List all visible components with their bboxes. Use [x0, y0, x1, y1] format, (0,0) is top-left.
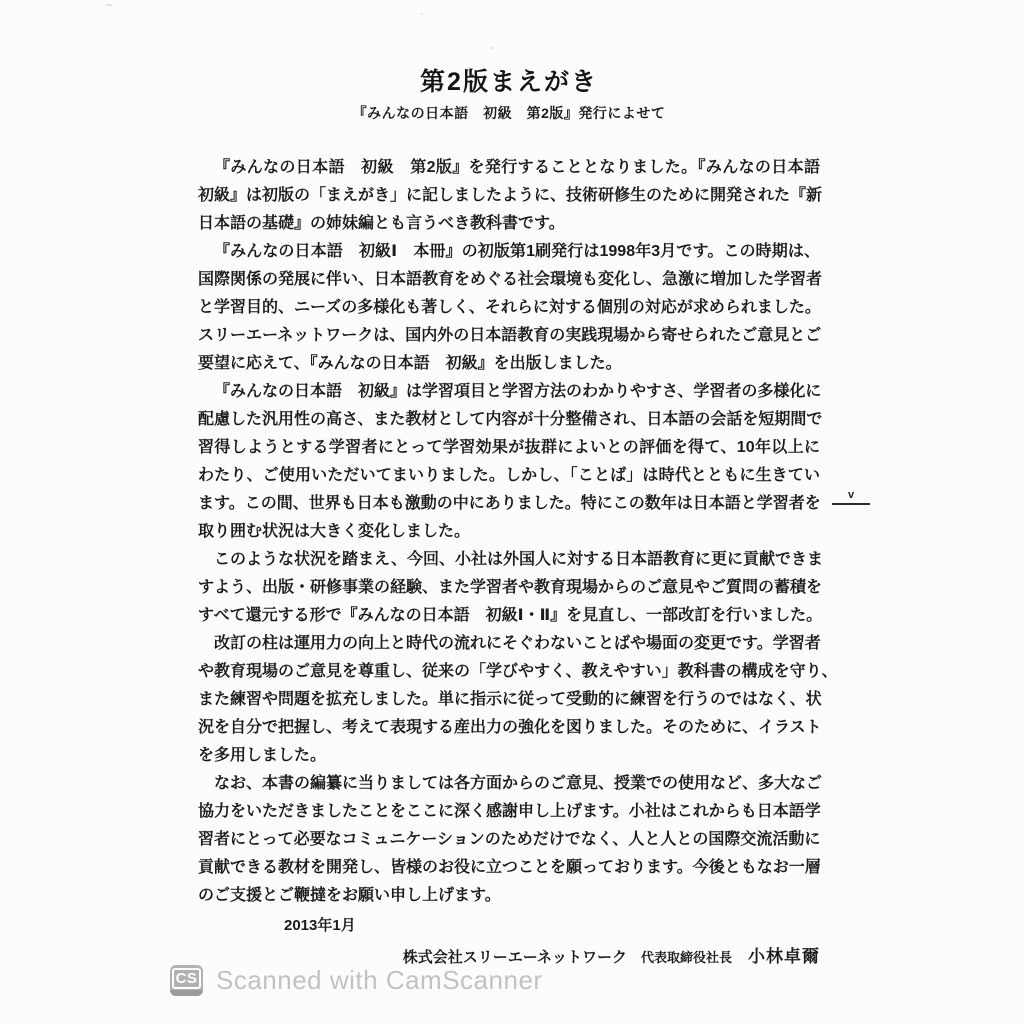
text-line: 協力をいただきましたことをここに深く感謝申し上げます。小社はこれからも日本語学 — [198, 798, 820, 826]
text-line: 日本語の基礎』の姉妹編とも言うべき教科書です。 — [198, 210, 820, 238]
text-line: ます。この間、世界も日本も激動の中にありました。特にこの数年は日本語と学習者を — [198, 490, 820, 518]
text-line: 国際関係の発展に伴い、日本語教育をめぐる社会環境も変化し、急激に増加した学習者 — [198, 266, 820, 294]
text-line: なお、本書の編纂に当りましては各方面からのご意見、授業での使用など、多大なご — [198, 770, 820, 798]
text-line: すべて還元する形で『みんなの日本語 初級Ⅰ・Ⅱ』を見直し、一部改訂を行いました。 — [198, 602, 820, 630]
text-line: を多用しました。 — [198, 742, 820, 770]
scan-artifact — [490, 47, 494, 49]
cs-badge-letters: CS — [172, 968, 202, 989]
page-subtitle: 『みんなの日本語 初級 第2版』発行によせて — [198, 103, 820, 123]
text-line: 習得しようとする学習者にとって学習効果が抜群によいとの評価を得て、10年以上に — [198, 434, 820, 462]
text-line: わたり、ご使用いただいてまいりました。しかし、「ことば」は時代とともに生きてい — [198, 462, 820, 490]
camscanner-icon: CS — [170, 965, 203, 996]
page-title: 第2版まえがき — [198, 68, 820, 97]
camscanner-watermark: CS Scanned with CamScanner — [170, 965, 543, 996]
preface-body: 『みんなの日本語 初級 第2版』を発行することとなりました。『みんなの日本語 初… — [198, 154, 820, 910]
watermark-text: Scanned with CamScanner — [216, 965, 543, 996]
text-line: や教育現場のご意見を尊重し、従来の「学びやすく、教えやすい」教科書の構成を守り、 — [198, 658, 820, 686]
scanned-document-page: 第2版まえがき 『みんなの日本語 初級 第2版』発行によせて 『みんなの日本語 … — [0, 0, 1024, 1024]
text-line: 改訂の柱は運用力の向上と時代の流れにそぐわないことばや場面の変更です。学習者 — [198, 630, 820, 658]
date-line: 2013年1月 — [284, 914, 356, 935]
text-line: すよう、出版・研修事業の経験、また学習者や教育現場からのご意見やご質問の蓄積を — [198, 574, 820, 602]
text-line: 『みんなの日本語 初級』は学習項目と学習方法のわかりやすさ、学習者の多様化に — [198, 378, 820, 406]
text-line: このような状況を踏まえ、今回、小社は外国人に対する日本語教育に更に貢献できま — [198, 546, 820, 574]
text-line: スリーエーネットワークは、国内外の日本語教育の実践現場から寄せられたご意見とご — [198, 322, 820, 350]
text-line: のご支援とご鞭撻をお願い申し上げます。 — [198, 882, 820, 910]
text-line: 『みんなの日本語 初級Ⅰ 本冊』の初版第1刷発行は1998年3月です。この時期は… — [198, 238, 820, 266]
text-line: 貢献できる教材を開発し、皆様のお役に立つことを願っております。今後ともなお一層 — [198, 854, 820, 882]
signature-line: 株式会社スリーエーネットワーク 代表取締役社長 小林卓爾 — [403, 942, 820, 967]
scan-artifact — [106, 4, 112, 7]
text-line: 初級』は初版の「まえがき」に記しましたように、技術研修生のために開発された『新 — [198, 182, 820, 210]
text-line: 要望に応えて、『みんなの日本語 初級』を出版しました。 — [198, 350, 820, 378]
scan-artifact — [420, 13, 423, 15]
title-block: 第2版まえがき 『みんなの日本語 初級 第2版』発行によせて — [198, 68, 820, 123]
page-number: v — [832, 489, 870, 505]
text-line: 況を自分で把握し、考えて表現する産出力の強化を図りました。そのために、イラスト — [198, 714, 820, 742]
publisher-name: 株式会社スリーエーネットワーク — [403, 946, 627, 967]
text-line: 取り囲む状況は大きく変化しました。 — [198, 518, 820, 546]
text-line: 配慮した汎用性の高さ、また教材として内容が十分整備され、日本語の会話を短期間で — [198, 406, 820, 434]
text-line: また練習や問題を拡充しました。単に指示に従って受動的に練習を行うのではなく、状 — [198, 686, 820, 714]
text-line: 習者にとって必要なコミュニケーションのためだけでなく、人と人との国際交流活動に — [198, 826, 820, 854]
text-line: と学習目的、ニーズの多様化も著しく、それらに対する個別の対応が求められました。 — [198, 294, 820, 322]
signer-role: 代表取締役社長 — [641, 947, 732, 966]
cs-badge-strip — [170, 990, 203, 996]
text-line: 『みんなの日本語 初級 第2版』を発行することとなりました。『みんなの日本語 — [198, 154, 820, 182]
signer-name: 小林卓爾 — [748, 942, 820, 967]
